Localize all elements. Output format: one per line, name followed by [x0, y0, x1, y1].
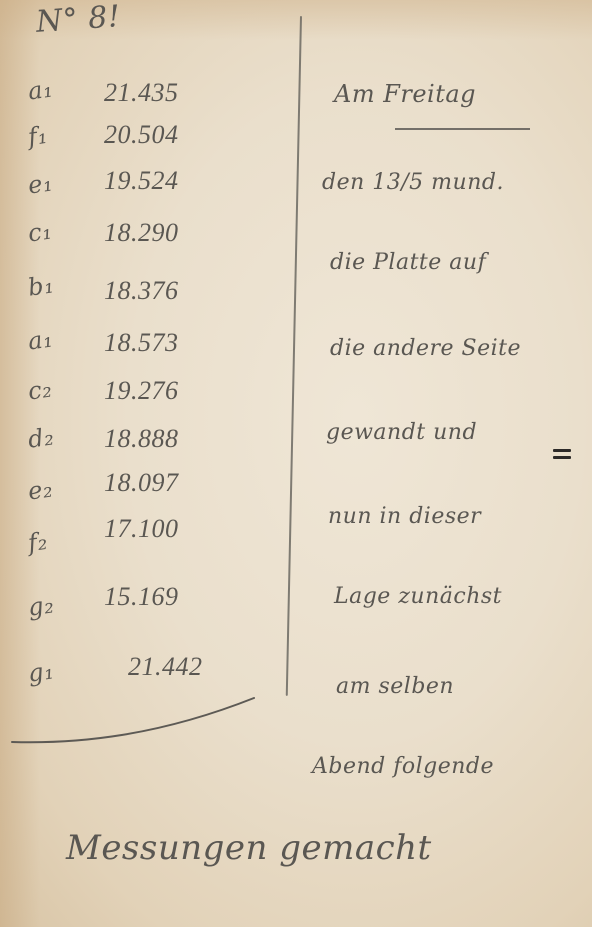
- measurement-label: f₂: [26, 527, 49, 557]
- measurement-label: a₁: [26, 74, 55, 105]
- measurement-value: 17.100: [104, 514, 179, 544]
- measurement-value: 19.524: [104, 166, 179, 196]
- measurement-value: 21.435: [104, 78, 179, 108]
- measurement-label: e₁: [26, 168, 54, 199]
- note-line: nun in dieser: [328, 504, 481, 529]
- note-line: die Platte auf: [330, 250, 486, 275]
- measurement-value: 18.376: [104, 276, 179, 306]
- note-line: Lage zunächst: [334, 584, 502, 609]
- measurement-label: g₂: [26, 590, 56, 621]
- measurement-value: 18.573: [104, 328, 179, 358]
- measurement-label: b₁: [26, 270, 56, 301]
- note-line: den 13/5 mund.: [322, 170, 504, 195]
- measurement-value: 20.504: [104, 120, 179, 150]
- note-line: Am Freitag: [334, 80, 476, 108]
- measurement-value: 18.290: [104, 218, 179, 248]
- measurement-label: c₂: [26, 374, 54, 405]
- footer-note: Messungen gemacht: [66, 828, 432, 868]
- measurement-value: 15.169: [104, 582, 179, 612]
- measurement-label: c₁: [26, 216, 54, 247]
- measurement-value: 19.276: [104, 376, 179, 406]
- measurement-label: f₁: [26, 121, 49, 151]
- heading-underline: [395, 128, 530, 130]
- note-line: gewandt und: [326, 420, 477, 445]
- page-number-heading: N° 8!: [35, 0, 122, 40]
- measurement-label: a₁: [26, 324, 55, 355]
- column-divider: [286, 16, 302, 696]
- measurement-label: e₂: [26, 474, 54, 505]
- margin-equals-mark: [553, 449, 571, 463]
- measurement-value: 18.097: [104, 468, 179, 498]
- measurement-label: g₁: [26, 656, 56, 687]
- note-line: am selben: [336, 674, 454, 699]
- note-line: Abend folgende: [312, 754, 494, 779]
- measurement-value: 21.442: [128, 652, 203, 682]
- sum-underline: [8, 690, 268, 750]
- measurement-value: 18.888: [104, 424, 179, 454]
- note-line: die andere Seite: [330, 336, 521, 361]
- measurement-label: d₂: [26, 422, 56, 453]
